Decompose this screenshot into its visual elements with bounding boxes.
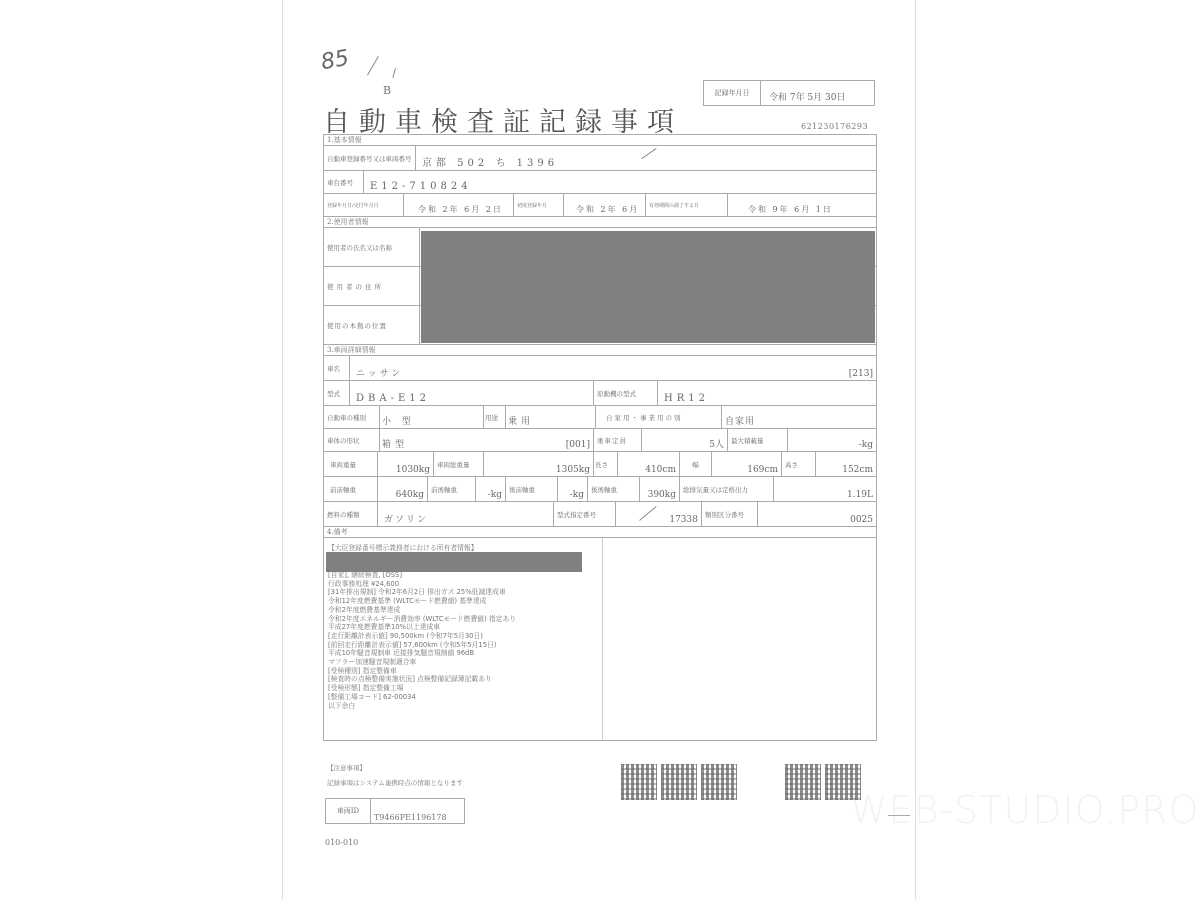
base-location-label: 使用の本拠の位置 [324,318,419,333]
qr-code-3 [701,764,737,800]
registration-value: 京都 502 ち 1396 [422,154,558,169]
handwritten-number: 85 [319,46,351,75]
remarks-line: 令和2年度エネルギー消費効率 (WLTCモード燃費値) 指定あり [328,615,516,624]
type-approval-label: 型式指定番号 [554,507,615,522]
gross-weight-value: 1305kg [556,465,590,475]
remarks-line: 令和12年度燃費基準 (WLTCモード燃費値) 基準達成 [328,597,516,606]
model-label: 型式 [324,386,349,401]
weight-value: 1030kg [396,465,430,475]
remarks-header: 【大臣登録番号標示義務者における所有者情報】 [328,542,478,552]
capacity-label: 乗車定員 [594,433,641,448]
expiry-value: 令和 9年 6月 1日 [748,204,833,215]
record-date-label: 記録年月日 [704,81,761,105]
ff-axle-value: 640kg [396,490,424,500]
ff-axle-label: 前前軸重 [324,482,377,497]
first-reg-value: 令和 2年 6月 2日 [418,204,503,215]
fr-axle-label: 前後軸重 [428,482,475,497]
section-remarks-heading: 4.備考 [324,527,876,538]
vehicle-id-value: T9466PE1196178 [371,813,447,823]
remarks-line: 以下余白 [328,702,516,711]
private-label: 自家用・事業用の別 [596,410,721,425]
expiry-label: 有効期間の満了する日 [646,199,727,212]
row-body: 車体の形状 箱型 [001] 乗車定員 5人 最大積載量 -kg [324,429,876,452]
vehicle-id-label: 車両ID [326,799,371,823]
capacity-value: 5人 [709,437,724,450]
first-reg-label: 登録年月日/交付年月日 [324,199,403,212]
record-table: 1.基本情報 自動車登録番号又は車両番号 京都 502 ち 1396 車台番号 … [323,134,877,741]
remarks-left-column: 【大臣登録番号標示義務者における所有者情報】 [自家], 継続検査, [OSS]… [324,538,603,740]
make-value: ニッサン [356,366,403,379]
form-code: 010-010 [325,838,358,847]
row-dimensions: 車両重量 1030kg 車両総重量 1305kg 長さ 410cm 幅 169c… [324,452,876,477]
section-user-info-heading: 2.使用者情報 [324,217,876,228]
vehicle-id-box: 車両ID T9466PE1196178 [325,798,465,824]
remarks-line: 平成10年騒音規制車 近接排気騒音規制値 96dB [328,649,516,658]
check-mark [641,148,656,159]
width-label: 幅 [680,457,711,472]
first-year-label: 初度登録年月 [514,199,563,212]
caution-heading: 【注意事項】 [327,761,463,776]
displacement-value: 1.19L [847,490,873,500]
rf-axle-value: -kg [570,490,584,500]
chassis-value: E12-710824 [370,181,472,192]
redacted-user-info [421,231,875,343]
row-axles: 前前軸重 640kg 前後軸重 -kg 後前軸重 -kg 後後軸重 390kg … [324,477,876,502]
redacted-owner-info [326,552,582,572]
max-load-label: 最大積載量 [728,433,787,448]
body-value: 箱型 [382,437,408,450]
row-make: 車名 ニッサン [213] [324,356,876,381]
row-dates: 登録年月日/交付年月日 令和 2年 6月 2日 初度登録年月 令和 2年 6月 … [324,194,876,217]
scanned-page: 85 B 自動車検査証記録事項 記録年月日 令和 7年 5月 30日 62123… [282,0,916,900]
displacement-label: 総排気量又は定格出力 [680,482,773,497]
make-code: [213] [849,369,873,379]
row-chassis: 車台番号 E12-710824 [324,171,876,194]
engine-value: HR12 [664,393,709,404]
section-vehicle-detail-heading: 3.車両詳細情報 [324,345,876,356]
remarks-line: [検査時の点検整備実施状況] 点検整備記録簿記載あり [328,675,516,684]
copy-mark: B [383,84,391,97]
remarks-line: [受検形態] 指定整備工場 [328,684,516,693]
first-year-value: 令和 2年 6月 [576,204,639,215]
remarks-line: 平成27年度燃費基準10%以上達成車 [328,623,516,632]
user-name-label: 使用者の氏名又は名称 [324,240,419,255]
weight-label: 車両重量 [324,457,377,472]
watermark: WEB-STUDIO.PRO [850,788,1199,832]
row-model: 型式 DBA-E12 原動機の型式 HR12 [324,381,876,406]
handwritten-slash [367,56,379,76]
document-number: 621230176293 [801,122,868,131]
record-date-value: 令和 7年 5月 30日 [761,90,846,103]
max-load-value: -kg [859,440,873,450]
rf-axle-label: 後前軸重 [506,482,557,497]
class-value: 小 型 [382,414,415,427]
rr-axle-value: 390kg [648,490,676,500]
row-fuel: 燃料の種類 ガソリン 型式指定番号 17338 類別区分番号 0025 [324,502,876,527]
model-value: DBA-E12 [356,393,430,404]
rr-axle-label: 後後軸重 [588,482,639,497]
use-value: 乗用 [508,414,534,427]
type-approval-value: 17338 [669,515,698,525]
make-label: 車名 [324,361,349,376]
user-address-label: 使用者の住所 [324,279,419,294]
height-value: 152cm [842,465,873,475]
category-value: 0025 [850,515,873,525]
fuel-value: ガソリン [384,512,428,525]
registration-label: 自動車登録番号又は車両番号 [324,151,415,166]
record-date-box: 記録年月日 令和 7年 5月 30日 [703,80,875,106]
private-value: 自家用 [725,414,755,427]
length-label: 長さ [594,457,617,472]
caution-text: 記録事項はシステム連携時点の情報となります [327,776,463,791]
handwritten-slash [392,68,396,78]
check-mark [639,506,656,521]
remarks-line: 令和2年度燃費基準達成 [328,606,516,615]
height-label: 高さ [782,457,815,472]
remarks-line: [自家], 継続検査, [OSS] [328,571,516,580]
category-label: 類別区分番号 [702,507,757,522]
qr-code-1 [621,764,657,800]
body-label: 車体の形状 [324,433,379,448]
remarks-area: 【大臣登録番号標示義務者における所有者情報】 [自家], 継続検査, [OSS]… [324,538,876,740]
width-value: 169cm [747,465,778,475]
section-basic-info-heading: 1.基本情報 [324,135,876,146]
use-label: 用途 [484,410,505,425]
chassis-label: 車台番号 [324,175,363,190]
remarks-lines: [自家], 継続検査, [OSS]行政事務処理 ¥24,600[31年排出規制]… [328,571,516,710]
qr-code-4 [785,764,821,800]
body-code: [001] [566,440,590,450]
remarks-line: [整備工場コード] 62-00034 [328,693,516,702]
handwritten-dash [888,815,910,816]
row-registration: 自動車登録番号又は車両番号 京都 502 ち 1396 [324,146,876,171]
remarks-line: マフラー加速騒音規制適合車 [328,658,516,667]
fuel-label: 燃料の種類 [324,507,377,522]
caution-block: 【注意事項】 記録事項はシステム連携時点の情報となります [327,761,463,791]
class-label: 自動車の種別 [324,410,379,425]
remarks-line: [走行距離計表示値] 90,500km (令和7年5月30日) [328,632,516,641]
row-class: 自動車の種別 小 型 用途 乗用 自家用・事業用の別 自家用 [324,406,876,429]
fr-axle-value: -kg [488,490,502,500]
engine-label: 原動機の型式 [594,386,657,401]
length-value: 410cm [645,465,676,475]
qr-code-2 [661,764,697,800]
remarks-line: [31年排出規制] 令和2年6月2日 排出ガス 25%低減達成車 [328,588,516,597]
gross-weight-label: 車両総重量 [434,457,483,472]
